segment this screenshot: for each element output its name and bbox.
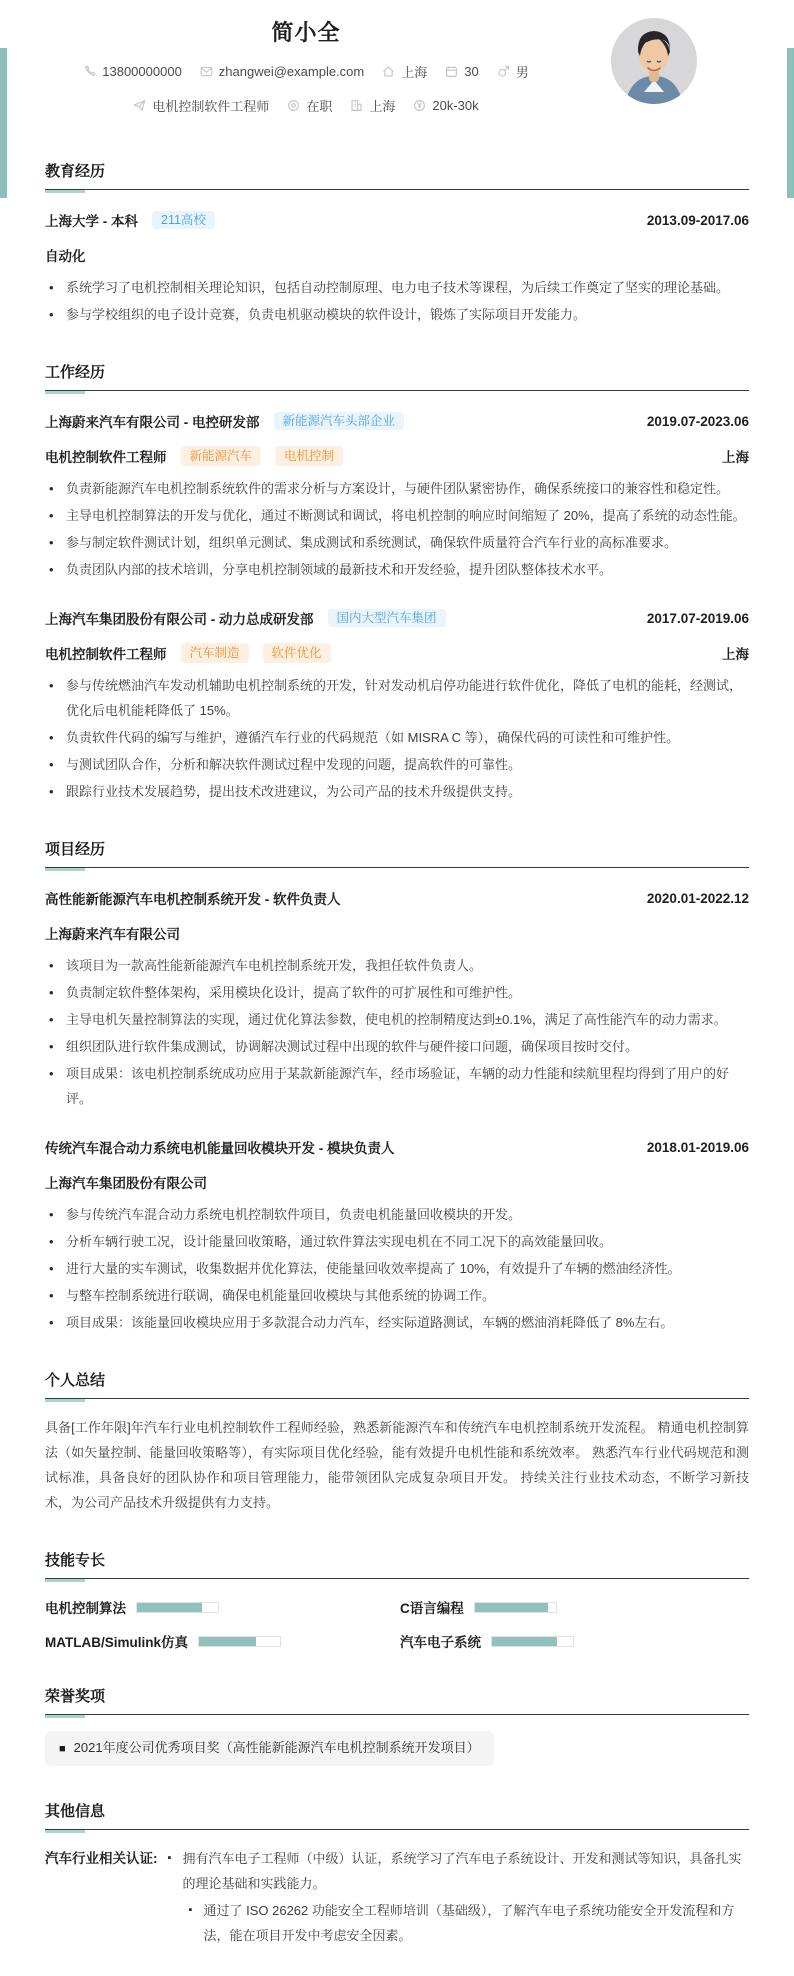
contact-status: 在职 [287,96,332,115]
email-icon [200,65,213,78]
skill-item: 汽车电子系统 [400,1631,749,1651]
school-name: 上海大学 - 本科 [45,210,138,230]
section-title-other: 其他信息 [45,1800,749,1830]
work-bullet: 跟踪行业技术发展趋势，提出技术改进建议，为公司产品的技术升级提供支持。 [45,779,749,804]
major-name: 自动化 [45,245,749,265]
contact-position-text: 电机控制软件工程师 [152,96,269,115]
section-title-projects: 项目经历 [45,838,749,868]
education-bullets: 系统学习了电机控制相关理论知识，包括自动控制原理、电力电子技术等课程，为后续工作… [45,275,749,327]
project-bullet: 分析车辆行驶工况，设计能量回收策略，通过软件算法实现电机在不同工况下的高效能量回… [45,1229,749,1254]
contact-salary-text: 20k-30k [432,98,478,113]
company-name: 上海汽车集团股份有限公司 - 动力总成研发部 [45,608,314,628]
school-badge: 211高校 [152,211,215,230]
home-icon [382,65,395,78]
company-name: 上海蔚来汽车有限公司 - 电控研发部 [45,411,260,431]
skill-item: C语言编程 [400,1597,749,1617]
avatar [611,18,697,104]
project-entry-2: 传统汽车混合动力系统电机能量回收模块开发 - 模块负责人 2018.01-201… [45,1137,749,1335]
contact-gender: 男 [497,62,529,81]
job-role: 电机控制软件工程师 [45,643,167,663]
work-entry-2: 上海汽车集团股份有限公司 - 动力总成研发部 国内大型汽车集团 2017.07-… [45,608,749,804]
skill-label: 汽车电子系统 [400,1631,481,1651]
contact-gender-text: 男 [516,62,529,81]
work-bullets-2: 参与传统燃油汽车发动机辅助电机控制系统的开发，针对发动机启停功能进行软件优化，降… [45,673,749,804]
skill-item: 电机控制算法 [45,1597,400,1617]
project-bullet: 负责制定软件整体架构，采用模块化设计，提高了软件的可扩展性和可维护性。 [45,980,749,1005]
project-company: 上海蔚来汽车有限公司 [45,923,749,943]
work-bullet: 负责新能源汽车电机控制系统软件的需求分析与方案设计，与硬件团队紧密协作，确保系统… [45,476,749,501]
section-other: 其他信息 汽车行业相关认证: 拥有汽车电子工程师（中级）认证，系统学习了汽车电子… [45,1800,749,1948]
contact-salary: 20k-30k [413,98,478,113]
project-name: 高性能新能源汽车电机控制系统开发 - 软件负责人 [45,888,341,908]
skill-fill [137,1603,202,1612]
certification-item: 通过了 ISO 26262 功能安全工程师培训（基础级），了解汽车电子系统功能安… [189,1898,750,1948]
section-title-work: 工作经历 [45,361,749,391]
age-icon [445,65,458,78]
company-badge: 国内大型汽车集团 [328,609,446,628]
work-bullet: 主导电机控制算法的开发与优化，通过不断测试和调试，将电机控制的响应时间缩短了 2… [45,503,749,528]
work-bullet: 负责团队内部的技术培训，分享电机控制领域的最新技术和开发经验，提升团队整体技术水… [45,557,749,582]
skill-fill [199,1637,256,1646]
resume-header: 简小全 13800000000 zhangwei@example.com 上海 … [0,0,794,126]
section-skills: 技能专长 电机控制算法 C语言编程 MATLAB/Simulink仿真 汽车电子… [45,1549,749,1651]
award-text: 2021年度公司优秀项目奖（高性能新能源汽车电机控制系统开发项目） [74,1740,480,1755]
company-badge: 新能源汽车头部企业 [274,412,405,431]
contact-age: 30 [445,64,478,79]
work-date: 2017.07-2019.06 [647,611,749,626]
status-icon [287,99,300,112]
project-bullet: 项目成果：该能量回收模块应用于多款混合动力汽车，经实际道路测试，车辆的燃油消耗降… [45,1310,749,1335]
contact-email: zhangwei@example.com [200,64,364,79]
work-entry-1: 上海蔚来汽车有限公司 - 电控研发部 新能源汽车头部企业 2019.07-202… [45,411,749,582]
skill-label: MATLAB/Simulink仿真 [45,1631,188,1651]
project-bullets-1: 该项目为一款高性能新能源汽车电机控制系统开发，我担任软件负责人。负责制定软件整体… [45,953,749,1111]
job-location: 上海 [722,446,749,466]
contact-age-text: 30 [464,64,478,79]
contact-position: 电机控制软件工程师 [133,96,269,115]
contact-row-2: 电机控制软件工程师 在职 上海 20k-30k [0,96,612,115]
project-company: 上海汽车集团股份有限公司 [45,1172,749,1192]
contact-city-text: 上海 [369,96,395,115]
gender-icon [497,65,510,78]
role-tag: 电机控制 [275,446,343,466]
award-square-icon: ■ [59,1743,66,1755]
work-bullets-1: 负责新能源汽车电机控制系统软件的需求分析与方案设计，与硬件团队紧密协作，确保系统… [45,476,749,582]
contact-phone: 13800000000 [83,64,182,79]
project-date: 2018.01-2019.06 [647,1140,749,1155]
skill-bar [136,1602,219,1613]
skill-bar [491,1636,574,1647]
work-bullet: 与测试团队合作，分析和解决软件测试过程中发现的问题，提高软件的可靠性。 [45,752,749,777]
skill-bar [198,1636,281,1647]
project-bullet: 项目成果：该电机控制系统成功应用于某款新能源汽车，经市场验证，车辆的动力性能和续… [45,1061,749,1111]
contact-phone-text: 13800000000 [102,64,182,79]
work-date: 2019.07-2023.06 [647,414,749,429]
role-tag: 新能源汽车 [181,446,262,466]
project-entry-1: 高性能新能源汽车电机控制系统开发 - 软件负责人 2020.01-2022.12… [45,888,749,1111]
section-projects: 项目经历 高性能新能源汽车电机控制系统开发 - 软件负责人 2020.01-20… [45,838,749,1335]
section-title-skills: 技能专长 [45,1549,749,1579]
work-bullet: 参与制定软件测试计划，组织单元测试、集成测试和系统测试，确保软件质量符合汽车行业… [45,530,749,555]
certification-list: 拥有汽车电子工程师（中级）认证，系统学习了汽车电子系统设计、开发和测试等知识，具… [168,1846,750,1948]
project-date: 2020.01-2022.12 [647,891,749,906]
work-bullet: 参与传统燃油汽车发动机辅助电机控制系统的开发，针对发动机启停功能进行软件优化，降… [45,673,749,723]
skill-item: MATLAB/Simulink仿真 [45,1631,400,1651]
section-honors: 荣誉奖项 ■2021年度公司优秀项目奖（高性能新能源汽车电机控制系统开发项目） [45,1685,749,1766]
position-icon [133,99,146,112]
section-work: 工作经历 上海蔚来汽车有限公司 - 电控研发部 新能源汽车头部企业 2019.0… [45,361,749,804]
section-title-education: 教育经历 [45,160,749,190]
certification-label: 汽车行业相关认证: [45,1846,158,1871]
section-education: 教育经历 上海大学 - 本科 211高校 2013.09-2017.06 自动化… [45,160,749,327]
avatar-portrait-illustration [611,18,697,104]
project-bullet: 该项目为一款高性能新能源汽车电机控制系统开发，我担任软件负责人。 [45,953,749,978]
education-bullet: 系统学习了电机控制相关理论知识，包括自动控制原理、电力电子技术等课程，为后续工作… [45,275,749,300]
contact-email-text: zhangwei@example.com [219,64,364,79]
section-title-honors: 荣誉奖项 [45,1685,749,1715]
phone-icon [83,65,96,78]
job-role: 电机控制软件工程师 [45,446,167,466]
contact-city: 上海 [350,96,395,115]
project-bullets-2: 参与传统汽车混合动力系统电机控制软件项目，负责电机能量回收模块的开发。分析车辆行… [45,1202,749,1335]
other-info-row: 汽车行业相关认证: 拥有汽车电子工程师（中级）认证，系统学习了汽车电子系统设计、… [45,1846,749,1948]
skill-label: 电机控制算法 [45,1597,126,1617]
project-bullet: 进行大量的实车测试，收集数据并优化算法，使能量回收效率提高了 10%，有效提升了… [45,1256,749,1281]
role-tag: 软件优化 [263,643,331,663]
education-bullet: 参与学校组织的电子设计竞赛，负责电机驱动模块的软件设计，锻炼了实际项目开发能力。 [45,302,749,327]
role-tag: 汽车制造 [181,643,249,663]
job-tags: 新能源汽车电机控制 [167,447,344,465]
salary-icon [413,99,426,112]
project-name: 传统汽车混合动力系统电机能量回收模块开发 - 模块负责人 [45,1137,395,1157]
section-title-summary: 个人总结 [45,1369,749,1399]
skill-bar [474,1602,557,1613]
skill-label: C语言编程 [400,1597,464,1617]
skills-grid: 电机控制算法 C语言编程 MATLAB/Simulink仿真 汽车电子系统 [45,1597,749,1651]
education-entry: 上海大学 - 本科 211高校 2013.09-2017.06 自动化 系统学习… [45,210,749,327]
contact-row-1: 13800000000 zhangwei@example.com 上海 30 男 [0,62,612,81]
job-location: 上海 [722,643,749,663]
award-box: ■2021年度公司优秀项目奖（高性能新能源汽车电机控制系统开发项目） [45,1731,494,1766]
work-bullet: 负责软件代码的编写与维护，遵循汽车行业的代码规范（如 MISRA C 等），确保… [45,725,749,750]
skill-fill [475,1603,548,1612]
certification-item: 拥有汽车电子工程师（中级）认证，系统学习了汽车电子系统设计、开发和测试等知识，具… [168,1846,750,1896]
skill-fill [492,1637,557,1646]
project-bullet: 参与传统汽车混合动力系统电机控制软件项目，负责电机能量回收模块的开发。 [45,1202,749,1227]
candidate-name: 简小全 [0,16,612,47]
job-tags: 汽车制造软件优化 [167,644,331,662]
contact-status-text: 在职 [306,96,332,115]
project-bullet: 组织团队进行软件集成测试，协调解决测试过程中出现的软件与硬件接口问题，确保项目按… [45,1034,749,1059]
summary-text: 具备[工作年限]年汽车行业电机控制软件工程师经验，熟悉新能源汽车和传统汽车电机控… [45,1415,749,1515]
contact-home: 上海 [382,62,427,81]
project-bullet: 与整车控制系统进行联调，确保电机能量回收模块与其他系统的协调工作。 [45,1283,749,1308]
section-summary: 个人总结 具备[工作年限]年汽车行业电机控制软件工程师经验，熟悉新能源汽车和传统… [45,1369,749,1515]
contact-home-text: 上海 [401,62,427,81]
project-bullet: 主导电机矢量控制算法的实现，通过优化算法参数，使电机的控制精度达到±0.1%，满… [45,1007,749,1032]
education-date: 2013.09-2017.06 [647,213,749,228]
city-icon [350,99,363,112]
